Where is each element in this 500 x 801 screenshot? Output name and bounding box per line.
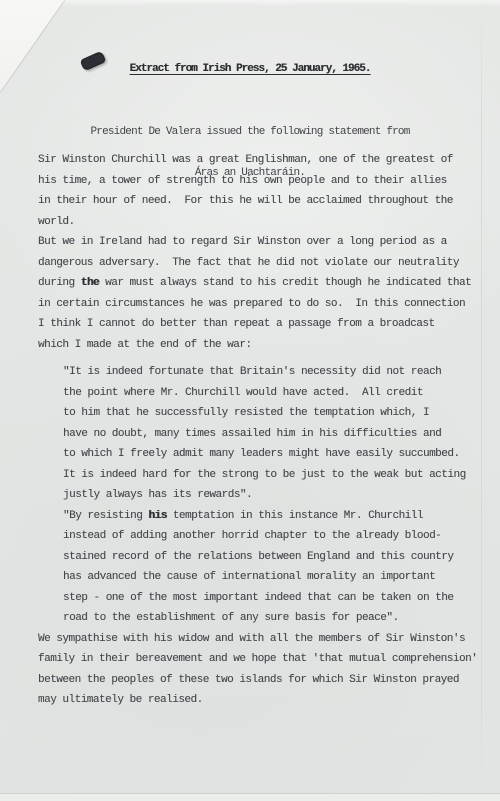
document-page: Extract from Irish Press, 25 January, 19… (0, 0, 500, 801)
text-line: But we in Ireland had to regard Sir Wins… (38, 232, 490, 253)
text-segment: during (38, 277, 81, 289)
subtitle-line-1: President De Valera issued the following… (0, 126, 500, 140)
text-line: Sir Winston Churchill was a great Englis… (38, 150, 490, 171)
paper-below-edge (0, 794, 500, 801)
quote-line: road to the establishment of any sure ba… (63, 608, 490, 629)
text-segment: "By resisting (63, 510, 148, 522)
quote-line: to him that he successfully resisted the… (63, 403, 490, 424)
quote-line: stained record of the relations between … (63, 547, 490, 568)
quote-line: "It is indeed fortunate that Britain's n… (63, 362, 490, 383)
document-header: Extract from Irish Press, 25 January, 19… (0, 58, 500, 76)
quote-line: to which I freely admit many leaders mig… (63, 444, 490, 465)
quote-line: step - one of the most important indeed … (63, 588, 490, 609)
text-line: We sympathise with his widow and with al… (38, 629, 490, 650)
text-line: which I made at the end of the war: (38, 335, 490, 356)
text-line: his time, a tower of strength to his own… (38, 171, 490, 192)
quote-line: It is indeed hard for the strong to be j… (63, 465, 490, 486)
quote-line: have no doubt, many times assailed him i… (63, 424, 490, 445)
text-line: in their hour of need. For this he will … (38, 191, 490, 212)
page-title: Extract from Irish Press, 25 January, 19… (130, 63, 371, 75)
quote-line: has advanced the cause of international … (63, 567, 490, 588)
quote-line: justly always has its rewards". (63, 485, 490, 506)
text-segment: war must always stand to his credit thou… (99, 277, 471, 289)
text-line-with-emphasis: during the war must always stand to his … (38, 273, 490, 294)
broadcast-quote: "It is indeed fortunate that Britain's n… (38, 362, 490, 629)
text-line: may ultimately be realised. (38, 690, 490, 711)
paper-top-highlight (0, 0, 500, 6)
text-segment: temptation in this instance Mr. Churchil… (167, 510, 423, 522)
text-line: dangerous adversary. The fact that he di… (38, 253, 490, 274)
quote-line: the point where Mr. Churchill would have… (63, 383, 490, 404)
double-struck-word: the (81, 277, 99, 289)
text-line: I think I cannot do better than repeat a… (38, 314, 490, 335)
text-line: family in their bereavement and we hope … (38, 649, 490, 670)
quote-line: instead of adding another horrid chapter… (63, 526, 490, 547)
document-body: Sir Winston Churchill was a great Englis… (38, 150, 490, 711)
text-line: in certain circumstances he was prepared… (38, 294, 490, 315)
text-line: world. (38, 212, 490, 233)
quote-line-with-emphasis: "By resisting his temptation in this ins… (63, 506, 490, 527)
text-line: between the peoples of these two islands… (38, 670, 490, 691)
double-struck-word: his (148, 510, 166, 522)
